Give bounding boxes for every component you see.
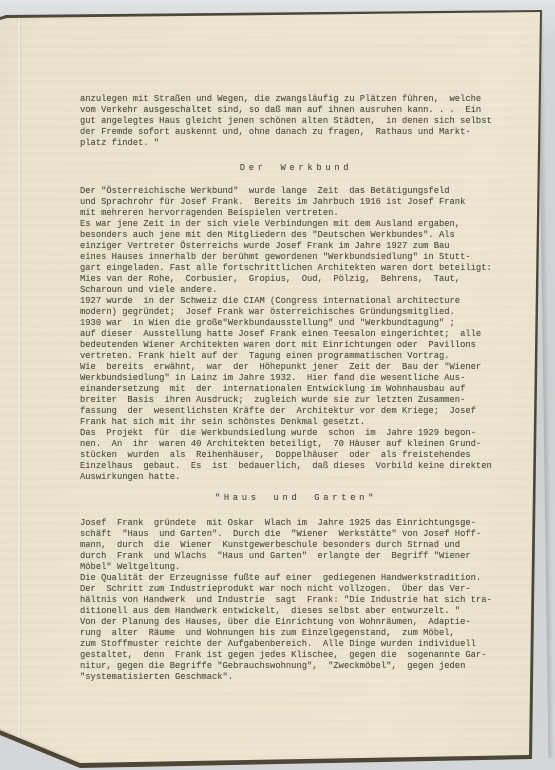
intro-quote-paragraph: anzulegen mit Straßen und Wegen, die zwa… (80, 94, 512, 149)
section-heading-haus-und-garten: "Haus und Garten" (80, 493, 512, 504)
scanned-book-photo: anzulegen mit Straßen und Wegen, die zwa… (0, 0, 555, 770)
section-haus-und-garten-paragraph: Josef Frank gründete mit Oskar Wlach im … (80, 518, 512, 683)
page-edge-shadow (538, 10, 554, 758)
page-text-block: anzulegen mit Straßen und Wegen, die zwa… (80, 94, 512, 683)
book-page: anzulegen mit Straßen und Wegen, die zwa… (0, 0, 555, 770)
section-heading-werkbund: Der Werkbund (80, 163, 512, 174)
page-gutter-crease (17, 16, 21, 756)
section-werkbund-paragraph: Der "Österreichische Werkbund" wurde lan… (80, 186, 512, 483)
